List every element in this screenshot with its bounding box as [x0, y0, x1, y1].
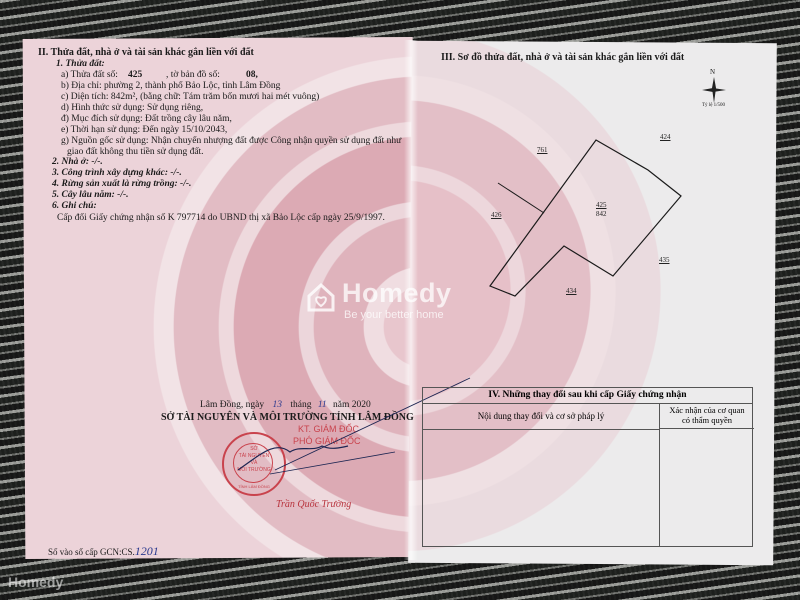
parcel-area: 842 — [596, 210, 607, 218]
homedy-corner-watermark: Homedy — [8, 574, 63, 590]
parcel-number: 425 — [596, 201, 607, 209]
house-logo-icon — [306, 282, 336, 312]
changes-table-title: IV. Những thay đổi sau khi cấp Giấy chứn… — [423, 388, 752, 404]
watermark-brand: Homedy — [342, 278, 452, 309]
changes-content-column: Nội dung thay đổi và cơ sở pháp lý — [423, 403, 660, 547]
neighbor-lot-434: 434 — [566, 287, 577, 295]
parcel-425-boundary — [490, 140, 681, 296]
confirmation-header-line-2: có thẩm quyền — [660, 415, 754, 425]
neighbor-lot-761: 761 — [537, 146, 548, 154]
neighbor-lot-426: 426 — [491, 211, 502, 219]
changes-content-header: Nội dung thay đổi và cơ sở pháp lý — [423, 403, 659, 430]
watermark-tagline: Be your better home — [344, 309, 444, 321]
neighbor-lot-424: 424 — [660, 133, 671, 141]
changes-confirmation-header: Xác nhận của cơ quan có thẩm quyền — [660, 403, 754, 429]
changes-table: IV. Những thay đổi sau khi cấp Giấy chứn… — [422, 387, 753, 547]
neighbor-lot-435: 435 — [659, 256, 670, 264]
confirmation-header-line-1: Xác nhận của cơ quan — [660, 405, 754, 415]
